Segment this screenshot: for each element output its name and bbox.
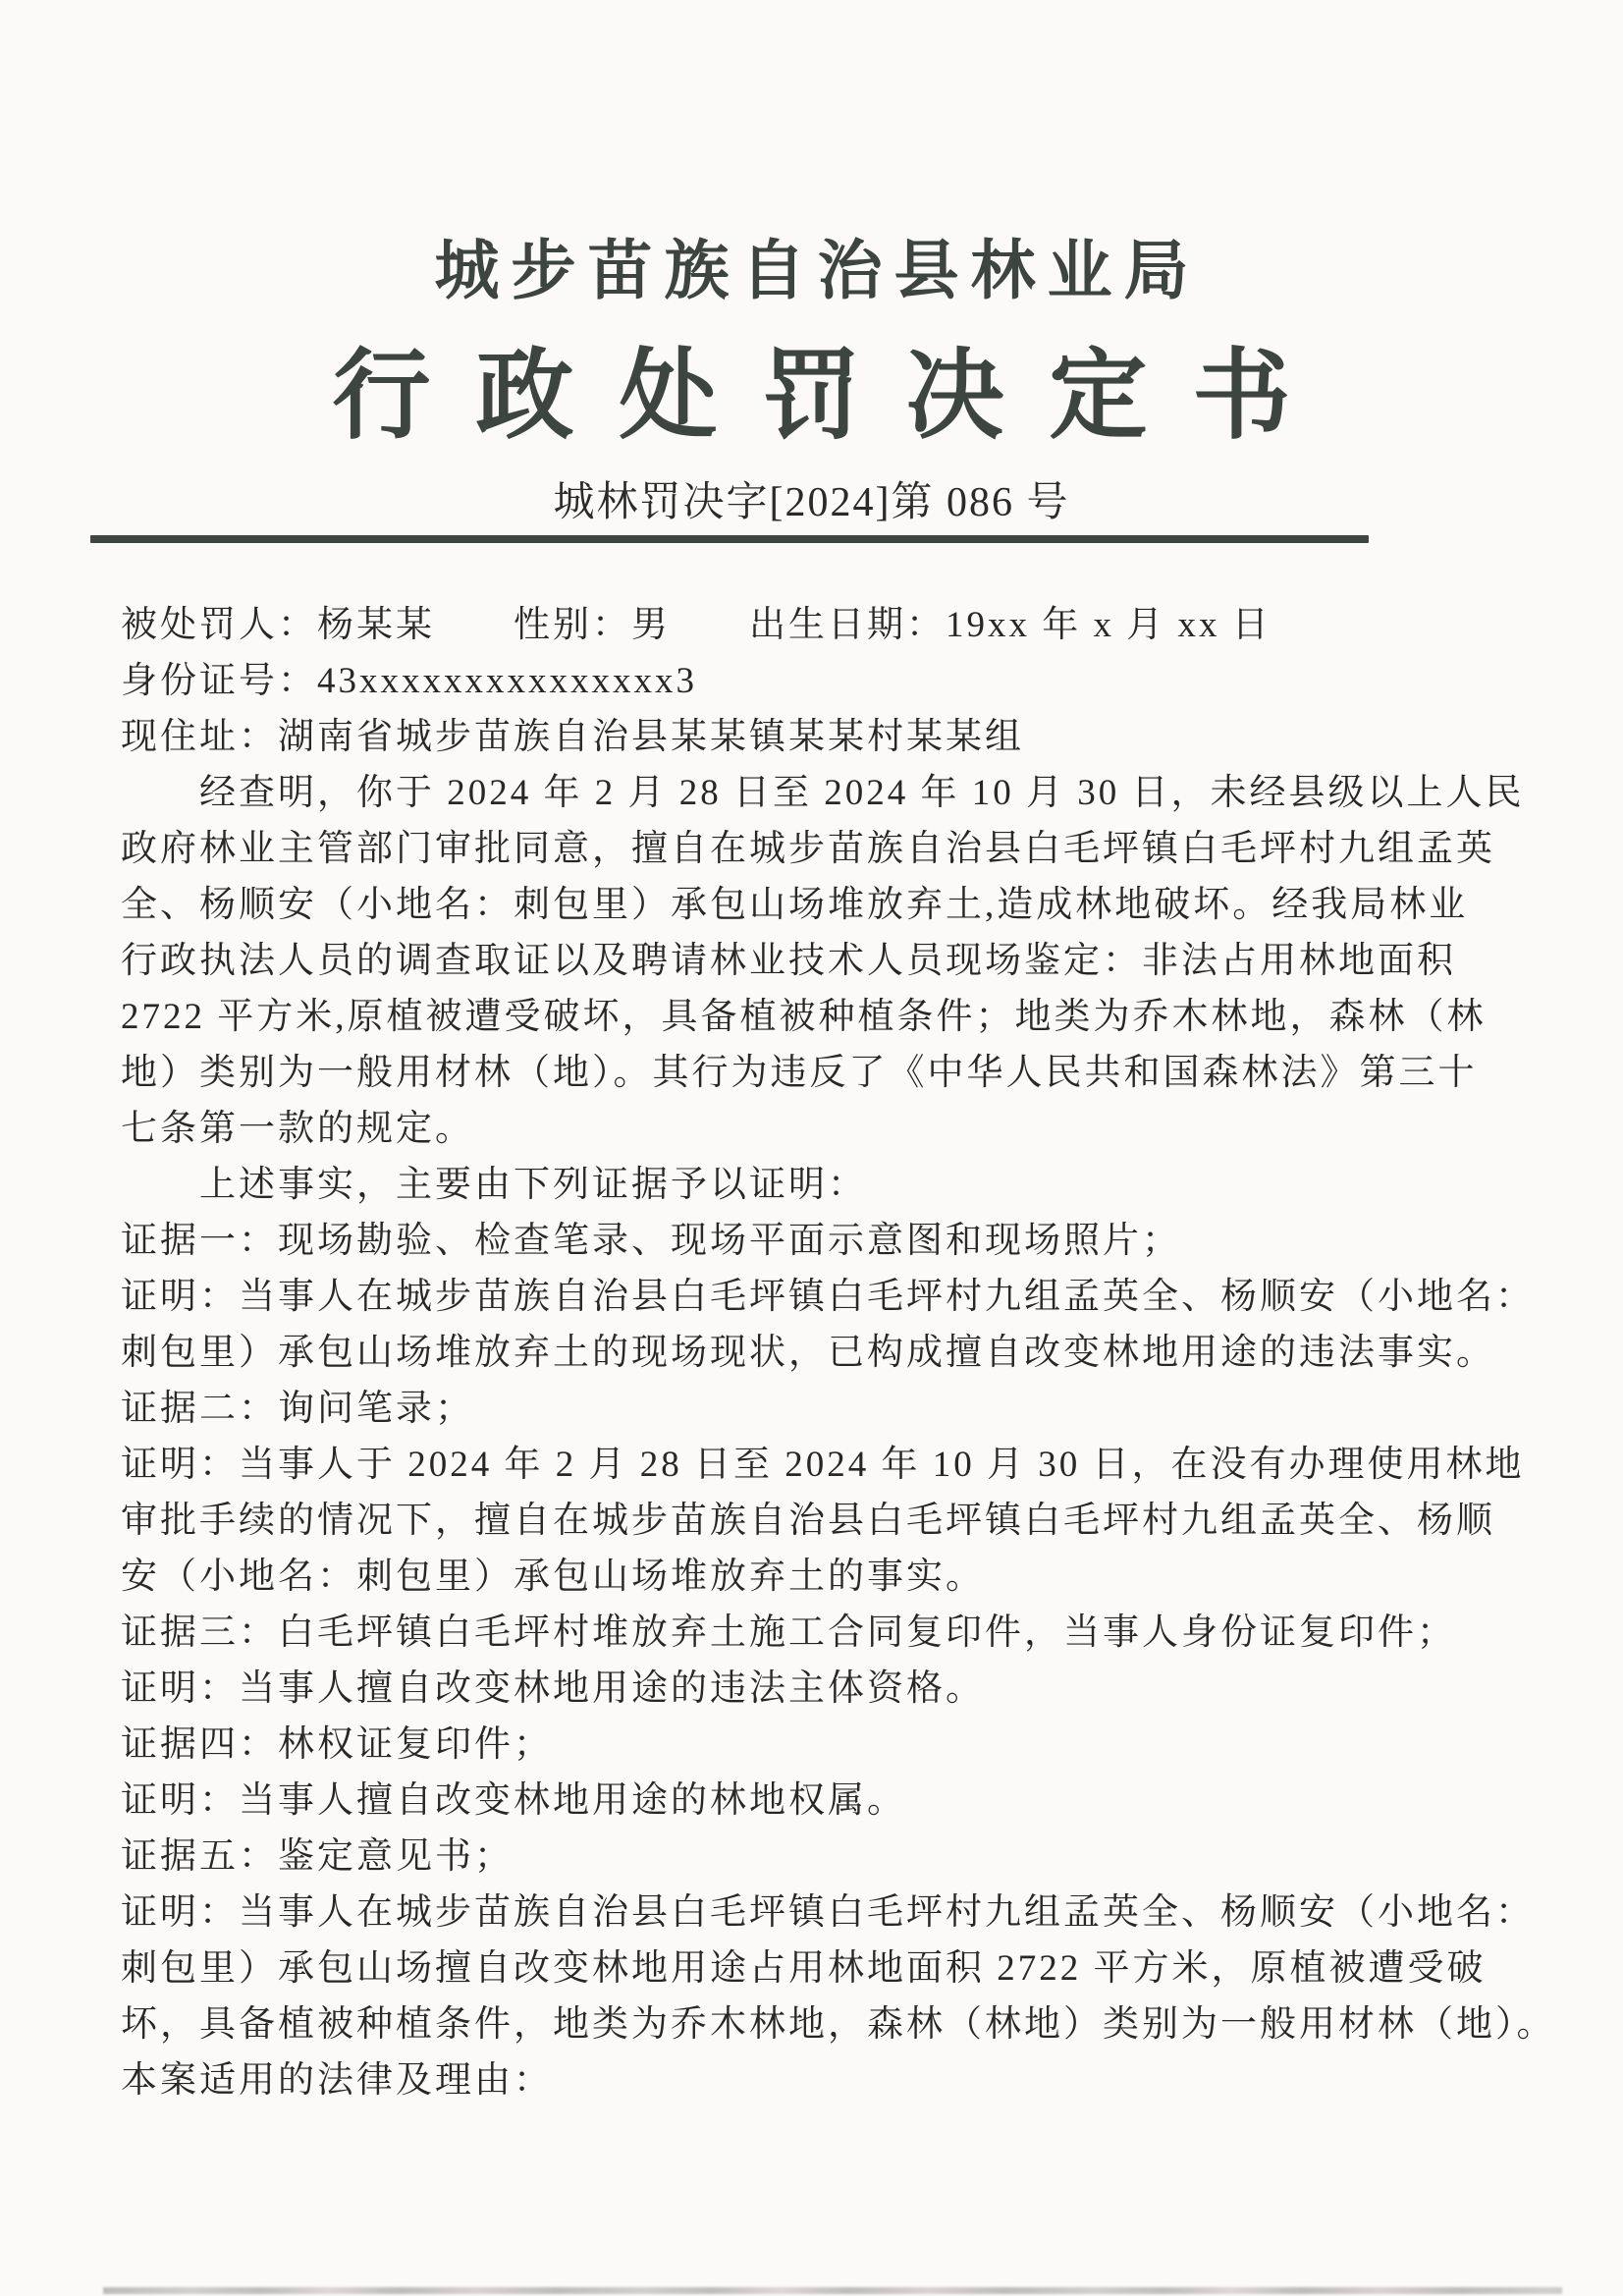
body-line-legal-basis-heading: 本案适用的法律及理由： (121, 2052, 1544, 2108)
body-line-findings-1: 经查明，你于 2024 年 2 月 28 日至 2024 年 10 月 30 日… (121, 765, 1544, 821)
body-line-findings-2: 政府林业主管部门审批同意，擅自在城步苗族自治县白毛坪镇白毛坪村九组孟英 (121, 821, 1544, 877)
body-line-findings-5: 2722 平方米,原植被遭受破坏，具备植被种植条件；地类为乔木林地，森林（林 (121, 989, 1544, 1045)
body-line-evidence-2-proof-1: 证明：当事人于 2024 年 2 月 28 日至 2024 年 10 月 30 … (121, 1437, 1544, 1493)
body-line-evidence-2-proof-2: 审批手续的情况下，擅自在城步苗族自治县白毛坪镇白毛坪村九组孟英全、杨顺 (121, 1493, 1544, 1549)
header-divider-rule (90, 535, 1369, 543)
decision-title: 行政处罚决定书 (0, 316, 1623, 458)
body-line-evidence-3-proof: 证明：当事人擅自改变林地用途的违法主体资格。 (121, 1661, 1544, 1717)
agency-title: 城步苗族自治县林业局 (0, 218, 1623, 311)
body-line-evidence-1-proof-2: 刺包里）承包山场堆放弃土的现场现状，已构成擅自改变林地用途的违法事实。 (121, 1325, 1544, 1381)
body-line-penalized-person: 被处罚人：杨某某 性别：男 出生日期：19xx 年 x 月 xx 日 (121, 597, 1544, 653)
scanner-edge-artifact (103, 2287, 1562, 2294)
body-line-evidence-4: 证据四：林权证复印件； (121, 1717, 1544, 1773)
body-line-findings-7: 七条第一款的规定。 (121, 1101, 1544, 1157)
body-line-evidence-intro: 上述事实，主要由下列证据予以证明： (121, 1157, 1544, 1213)
body-line-findings-3: 全、杨顺安（小地名：刺包里）承包山场堆放弃土,造成林地破坏。经我局林业 (121, 877, 1544, 933)
body-line-evidence-2: 证据二：询问笔录； (121, 1381, 1544, 1437)
body-line-address: 现住址：湖南省城步苗族自治县某某镇某某村某某组 (121, 709, 1544, 765)
body-line-evidence-1: 证据一：现场勘验、检查笔录、现场平面示意图和现场照片； (121, 1213, 1544, 1269)
document-page: 城步苗族自治县林业局 行政处罚决定书 城林罚决字[2024]第 086 号 被处… (0, 0, 1623, 2296)
document-body: 被处罚人：杨某某 性别：男 出生日期：19xx 年 x 月 xx 日 身份证号：… (121, 597, 1544, 2108)
body-line-evidence-5: 证据五：鉴定意见书； (121, 1829, 1544, 1885)
body-line-evidence-5-proof-2: 刺包里）承包山场擅自改变林地用途占用林地面积 2722 平方米，原植被遭受破 (121, 1941, 1544, 1996)
body-line-evidence-5-proof-1: 证明：当事人在城步苗族自治县白毛坪镇白毛坪村九组孟英全、杨顺安（小地名： (121, 1885, 1544, 1941)
body-line-id-number: 身份证号：43xxxxxxxxxxxxxxx3 (121, 653, 1544, 709)
doc-number: 城林罚决字[2024]第 086 号 (0, 469, 1623, 528)
body-line-findings-4: 行政执法人员的调查取证以及聘请林业技术人员现场鉴定：非法占用林地面积 (121, 933, 1544, 989)
body-line-evidence-5-proof-3: 坏，具备植被种植条件，地类为乔木林地，森林（林地）类别为一般用材林（地）。 (121, 1996, 1544, 2052)
body-line-evidence-3: 证据三：白毛坪镇白毛坪村堆放弃土施工合同复印件，当事人身份证复印件； (121, 1605, 1544, 1661)
body-line-findings-6: 地）类别为一般用材林（地）。其行为违反了《中华人民共和国森林法》第三十 (121, 1045, 1544, 1101)
body-line-evidence-1-proof-1: 证明：当事人在城步苗族自治县白毛坪镇白毛坪村九组孟英全、杨顺安（小地名： (121, 1269, 1544, 1325)
body-line-evidence-4-proof: 证明：当事人擅自改变林地用途的林地权属。 (121, 1773, 1544, 1829)
body-line-evidence-2-proof-3: 安（小地名：刺包里）承包山场堆放弃土的事实。 (121, 1549, 1544, 1605)
